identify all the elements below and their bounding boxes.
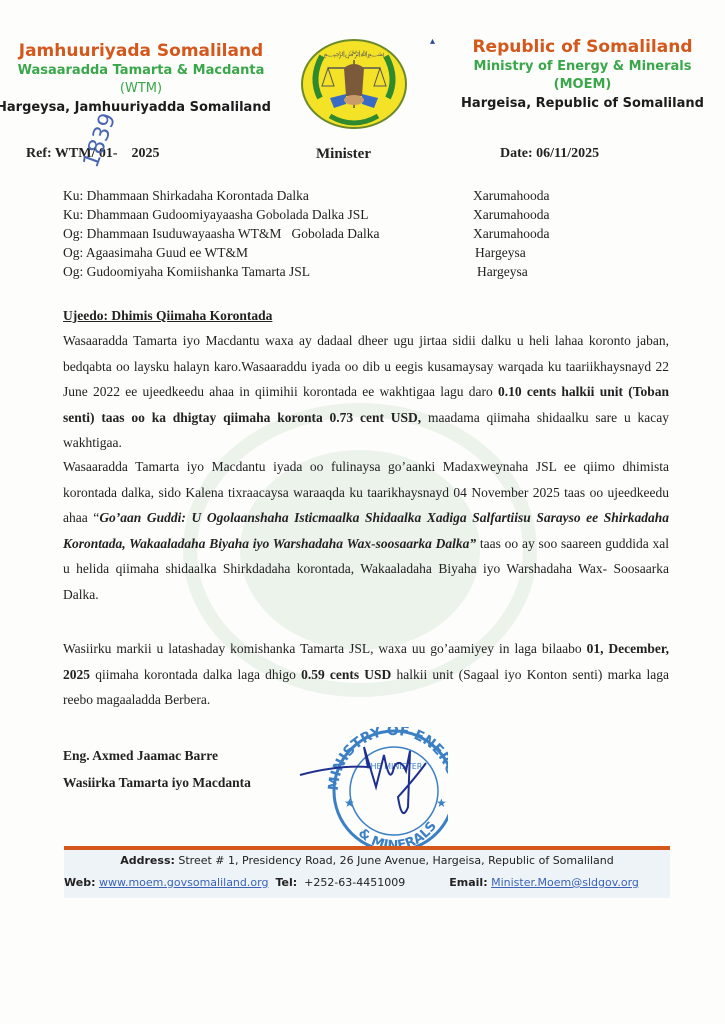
recipient-location: Hargeysa — [473, 262, 528, 281]
recipient-location: Xarumahooda — [473, 186, 549, 205]
recipient-row: Ku: Dhammaan Gudoomiyayaasha Gobolada Da… — [63, 205, 623, 224]
svg-text:★: ★ — [344, 796, 355, 810]
recipient-name: Ku: Dhammaan Gudoomiyayaasha Gobolada Da… — [63, 205, 473, 224]
scan-mark: ▴ — [430, 36, 435, 47]
paragraph-1: Wasaaradda Tamarta iyo Macdantu waxa ay … — [63, 328, 669, 456]
paragraph-text: qiimaha korontada dalka laga dhigo — [90, 667, 301, 682]
website-link[interactable]: www.moem.govsomaliland.org — [99, 876, 268, 889]
svg-text:★: ★ — [436, 796, 447, 810]
paragraph-2: Wasaaradda Tamarta iyo Macdantu iyada oo… — [63, 454, 669, 607]
country-name-english: Republic of Somaliland — [440, 36, 725, 58]
paragraph-3: Wasiirku markii u latashaday komishanka … — [63, 636, 669, 713]
ministry-name-english: Ministry of Energy & Minerals — [440, 58, 725, 76]
somaliland-coat-of-arms-icon: ﷽ — [300, 38, 408, 130]
city-english: Hargeisa, Republic of Somaliland — [440, 94, 725, 114]
address-text: Street # 1, Presidency Road, 26 June Ave… — [175, 854, 614, 867]
tel-number: +252-63-4451009 — [304, 876, 405, 889]
signature-block: Eng. Axmed Jaamac Barre Wasiirka Tamarta… — [63, 742, 251, 796]
new-price: 0.59 cents USD — [301, 667, 391, 682]
recipient-name: Og: Dhammaan Isuduwayaasha WT&M Gobolada… — [63, 224, 473, 243]
svg-text:MINISTRY OF ENERGY: MINISTRY OF ENERGY — [326, 727, 448, 792]
office-label: Minister — [316, 146, 371, 163]
ministry-stamp-icon: MINISTRY OF ENERGY & MINERALS THE MINIST… — [298, 727, 448, 857]
recipient-row: Og: Dhammaan Isuduwayaasha WT&M Gobolada… — [63, 224, 623, 243]
recipient-name: Og: Agaasimaha Guud ee WT&M — [63, 243, 473, 262]
city-somali: Hargeysa, Jamhuuriyadda Somaliland — [0, 98, 282, 118]
paragraph-text: Wasiirku markii u latashaday komishanka … — [63, 641, 587, 656]
tel-label: Tel: — [275, 876, 297, 889]
email-label: Email: — [449, 876, 487, 889]
recipient-location: Xarumahooda — [473, 205, 549, 224]
recipient-row: Og: Agaasimaha Guud ee WT&MHargeysa — [63, 243, 623, 262]
recipients-list: Ku: Dhammaan Shirkadaha Korontada DalkaX… — [63, 186, 623, 281]
email-link[interactable]: Minister.Moem@sldgov.org — [491, 876, 639, 889]
subject-line: Ujeedo: Dhimis Qiimaha Korontada — [63, 308, 272, 324]
country-name-somali: Jamhuuriyada Somaliland — [0, 40, 282, 62]
recipient-row: Og: Gudoomiyaha Komiishanka Tamarta JSLH… — [63, 262, 623, 281]
recipient-name: Ku: Dhammaan Shirkadaha Korontada Dalka — [63, 186, 473, 205]
ministry-abbr-somali: (WTM) — [0, 80, 282, 98]
ministry-name-somali: Wasaaradda Tamarta & Macdanta — [0, 62, 282, 80]
recipient-location: Hargeysa — [473, 243, 526, 262]
header-somali: Jamhuuriyada Somaliland Wasaaradda Tamar… — [0, 40, 282, 118]
recipient-location: Xarumahooda — [473, 224, 549, 243]
recipient-name: Og: Gudoomiyaha Komiishanka Tamarta JSL — [63, 262, 473, 281]
signatory-title: Wasiirka Tamarta iyo Macdanta — [63, 769, 251, 796]
header-english: Republic of Somaliland Ministry of Energ… — [440, 36, 725, 114]
address-label: Address: — [120, 854, 175, 867]
web-label: Web: — [64, 876, 95, 889]
footer-address: Address: Street # 1, Presidency Road, 26… — [64, 854, 670, 867]
reference-year: 2025 — [132, 146, 160, 161]
footer-contacts: Web: www.moem.govsomaliland.org Tel: +25… — [64, 876, 670, 889]
signatory-name: Eng. Axmed Jaamac Barre — [63, 742, 251, 769]
letter-date: Date: 06/11/2025 — [500, 146, 599, 162]
ministry-abbr-english: (MOEM) — [440, 76, 725, 94]
recipient-row: Ku: Dhammaan Shirkadaha Korontada DalkaX… — [63, 186, 623, 205]
footer: Address: Street # 1, Presidency Road, 26… — [64, 850, 670, 898]
